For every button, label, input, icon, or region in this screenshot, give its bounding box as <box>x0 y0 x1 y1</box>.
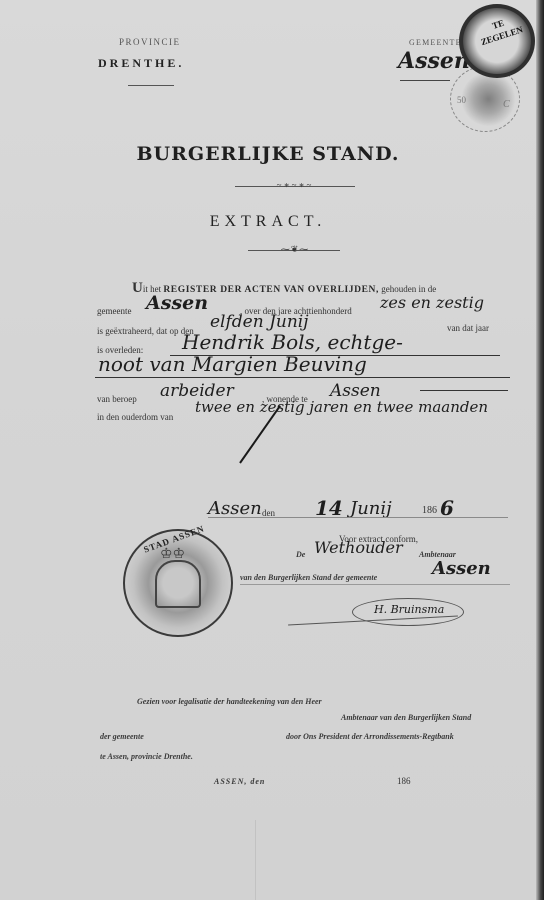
province-label: PROVINCIE <box>119 37 181 47</box>
deceased-name-handwritten: Hendrik Bols, echtge- <box>182 330 403 354</box>
legalisation-line-2: Ambtenaar van den Burgerlijken Stand <box>341 713 471 722</box>
legalisation-gemeente: der gemeente <box>100 732 144 741</box>
faded-stamp-mark: C <box>503 99 510 110</box>
legalisation-line-4: te Assen, provincie Drenthe. <box>100 752 193 761</box>
municipality-label: GEMEENTE <box>409 38 462 47</box>
office-municipality-handwritten: Assen <box>432 558 491 579</box>
municipality-rule <box>400 80 450 81</box>
ornament-flourish-1-icon: ~∗~∗~ <box>265 180 325 191</box>
municipality-handwritten: Assen <box>398 48 470 74</box>
drop-cap: U <box>132 280 143 296</box>
role-handwritten: Wethouder <box>314 538 403 557</box>
document-subtitle: EXTRACT. <box>0 213 536 231</box>
legalisation-line-1: Gezien voor legalisatie der handteekenin… <box>137 697 322 706</box>
gemeente-handwritten: Assen <box>146 292 208 314</box>
gemeente-label: gemeente <box>97 306 131 316</box>
page-edge-shadow <box>536 0 544 900</box>
year-words-handwritten: zes en zestig <box>380 293 484 312</box>
issue-place-handwritten: Assen <box>208 498 262 519</box>
extracted-label: is geëxtraheerd, dat op den <box>97 326 194 336</box>
office-line <box>240 584 510 585</box>
issue-month-handwritten: Junij <box>350 498 392 519</box>
legalisation-president: door Ons President der Arrondissements-R… <box>286 732 454 741</box>
province-rule <box>128 85 174 86</box>
age-label: in den ouderdom van <box>97 412 173 422</box>
province-name: DRENTHE. <box>98 56 184 71</box>
signature-handwritten: H. Bruinsma <box>374 603 444 616</box>
ornament-flourish-2-icon: ⁓❦⁓ <box>272 244 318 255</box>
van-dat-jaar-text: van dat jaar <box>447 323 489 333</box>
legalisation-year: 186 <box>397 776 411 786</box>
document-title: BURGERLIJKE STAND. <box>0 143 536 165</box>
spouse-underline <box>95 377 510 378</box>
age-handwritten: twee en zestig jaren en twee maanden <box>195 398 488 416</box>
faded-stamp-number: 50 <box>457 95 466 105</box>
occupation-label: van beroep <box>97 394 137 404</box>
legalisation-place-date: ASSEN, den <box>214 777 265 786</box>
date-of-death-handwritten: elfden Junij <box>210 312 309 332</box>
page-fold-line <box>255 820 256 900</box>
role-prefix: De <box>296 550 305 559</box>
seal-shield-icon <box>155 560 201 608</box>
office-text: van den Burgerlijken Stand der gemeente <box>240 573 377 582</box>
residence-filler-line <box>420 390 508 391</box>
issue-year-printed: 186 <box>422 505 437 516</box>
issue-date-line <box>208 517 508 518</box>
spouse-handwritten: noot van Margien Beuving <box>98 352 367 376</box>
document-page <box>0 0 536 900</box>
